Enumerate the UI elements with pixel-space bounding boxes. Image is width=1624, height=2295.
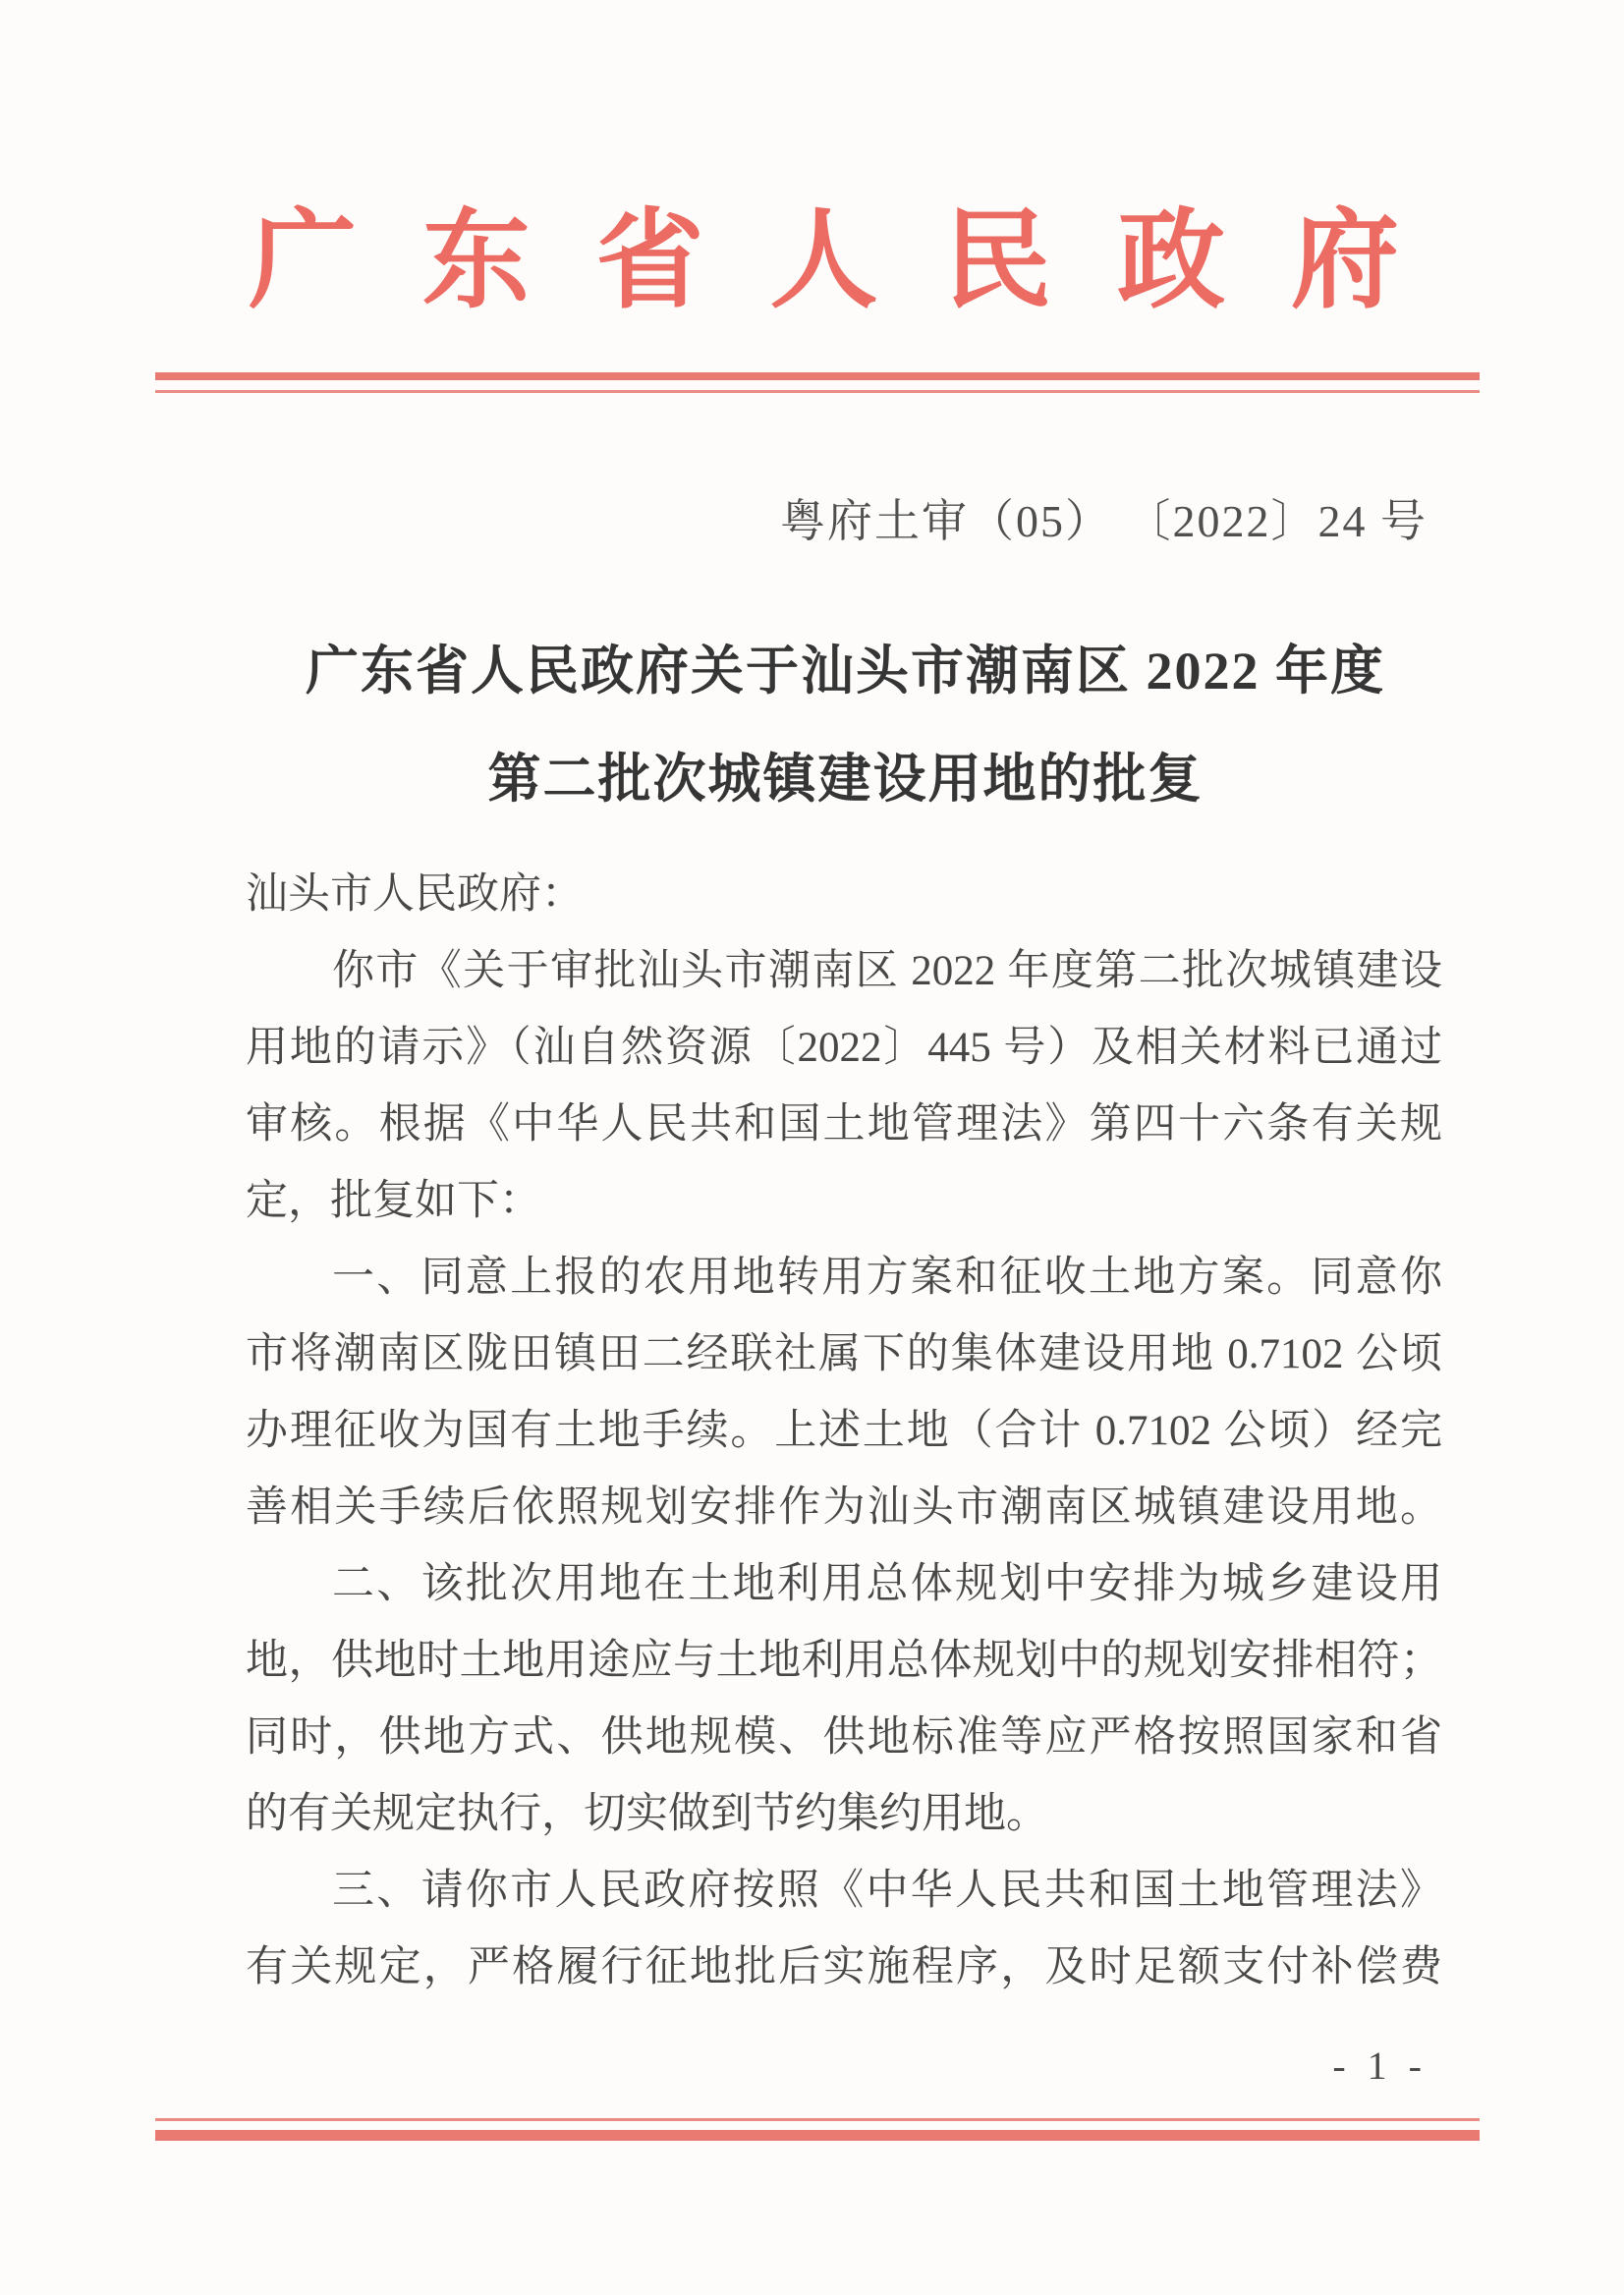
body-line: 的有关规定执行，切实做到节约集约用地。 bbox=[246, 1776, 1442, 1853]
document-body: 汕头市人民政府： 你市《关于审批汕头市潮南区 2022 年度第二批次城镇建设 用… bbox=[246, 857, 1442, 2006]
document-page: 广 东 省 人 民 政 府 粤府土审（05） 〔2022〕24 号 广东省人民政… bbox=[0, 0, 1624, 2295]
agency-header-title: 广 东 省 人 民 政 府 bbox=[249, 196, 1399, 326]
body-line: 同时，供地方式、供地规模、供地标准等应严格按照国家和省 bbox=[246, 1700, 1442, 1776]
document-title-line1: 广东省人民政府关于汕头市潮南区 2022 年度 bbox=[249, 617, 1442, 725]
body-line: 市将潮南区陇田镇田二经联社属下的集体建设用地 0.7102 公顷 bbox=[246, 1316, 1442, 1393]
footer-rule-thin bbox=[155, 2118, 1480, 2121]
body-line: 一、同意上报的农用地转用方案和征收土地方案。同意你 bbox=[246, 1240, 1442, 1316]
body-line: 办理征收为国有土地手续。上述土地（合计 0.7102 公顷）经完 bbox=[246, 1393, 1442, 1470]
body-line-salutation: 汕头市人民政府： bbox=[246, 857, 1442, 933]
body-line: 二、该批次用地在土地利用总体规划中安排为城乡建设用 bbox=[246, 1546, 1442, 1623]
header-rule-thin bbox=[155, 390, 1480, 393]
body-line: 三、请你市人民政府按照《中华人民共和国土地管理法》 bbox=[246, 1853, 1442, 1930]
body-line: 用地的请示》（汕自然资源〔2022〕445 号）及相关材料已通过 bbox=[246, 1010, 1442, 1087]
body-line: 定，批复如下： bbox=[246, 1163, 1442, 1240]
body-line: 有关规定，严格履行征地批后实施程序，及时足额支付补偿费 bbox=[246, 1930, 1442, 2006]
body-line: 审核。根据《中华人民共和国土地管理法》第四十六条有关规 bbox=[246, 1087, 1442, 1163]
doc-number: 粤府土审（05） 〔2022〕24 号 bbox=[249, 491, 1428, 552]
footer-rule-thick bbox=[155, 2130, 1480, 2141]
document-title: 广东省人民政府关于汕头市潮南区 2022 年度 第二批次城镇建设用地的批复 bbox=[249, 617, 1442, 833]
header-rule-thick bbox=[155, 372, 1480, 380]
body-line: 善相关手续后依照规划安排作为汕头市潮南区城镇建设用地。 bbox=[246, 1470, 1442, 1546]
document-title-line2: 第二批次城镇建设用地的批复 bbox=[249, 725, 1442, 833]
body-line: 地，供地时土地用途应与土地利用总体规划中的规划安排相符； bbox=[246, 1623, 1442, 1700]
page-number: - 1 - bbox=[249, 2043, 1428, 2089]
body-line: 你市《关于审批汕头市潮南区 2022 年度第二批次城镇建设 bbox=[246, 933, 1442, 1010]
